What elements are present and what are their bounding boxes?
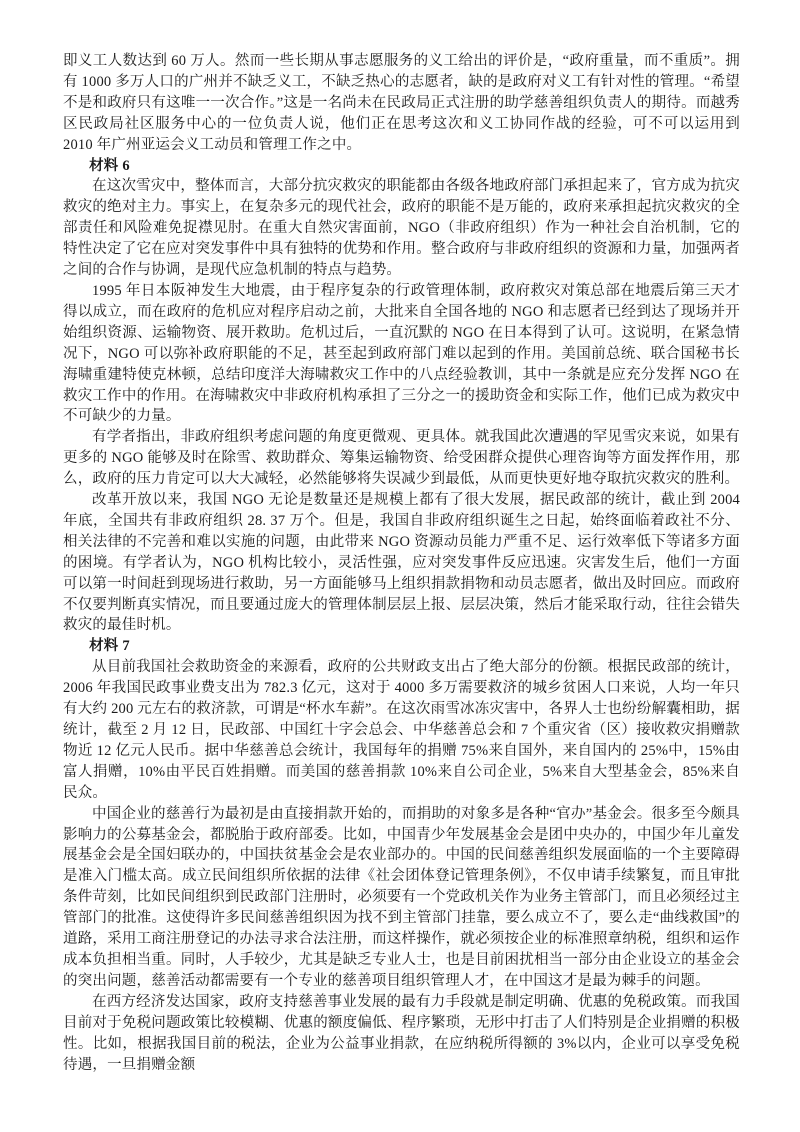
paragraph-kobe-earthquake-ngo: 1995 年日本阪神发生大地震，由于程序复杂的行政管理体制，政府救灾对策总部在地… <box>63 281 740 427</box>
paragraph-tax-exemption-policy: 在西方经济发达国家，政府支持慈善事业发展的最有力手段就是制定明确、优惠的免税政策… <box>63 992 740 1076</box>
paragraph-chinese-corporate-charity: 中国企业的慈善行为最初是由直接捐款开始的，而捐助的对象多是各种“官办”基金会。很… <box>63 804 740 992</box>
paragraph-social-relief-funding: 从目前我国社会救助资金的来源看，政府的公共财政支出占了绝大部分的份额。根据民政部… <box>63 657 740 803</box>
paragraph-snow-disaster-government-ngo: 在这次雪灾中，整体而言，大部分抗灾救灾的职能都由各级各地政府部门承担起来了，官方… <box>63 176 740 281</box>
paragraph-scholar-view-ngo: 有学者指出，非政府组织考虑问题的角度更微观、更具体。就我国此次遭遇的罕见雪灾来说… <box>63 427 740 490</box>
paragraph-ngo-development-since-reform: 改革开放以来，我国 NGO 无论是数量还是规模上都有了很大发展，据民政部的统计，… <box>63 490 740 636</box>
document-page: 即义工人数达到 60 万人。然而一些长期从事志愿服务的义工给出的评价是，“政府重… <box>0 0 800 1132</box>
paragraph-volunteers-continuation: 即义工人数达到 60 万人。然而一些长期从事志愿服务的义工给出的评价是，“政府重… <box>63 51 740 156</box>
material-7-heading: 材料 7 <box>63 636 740 657</box>
material-6-heading: 材料 6 <box>63 156 740 177</box>
document-text-area: 即义工人数达到 60 万人。然而一些长期从事志愿服务的义工给出的评价是，“政府重… <box>63 51 740 1075</box>
